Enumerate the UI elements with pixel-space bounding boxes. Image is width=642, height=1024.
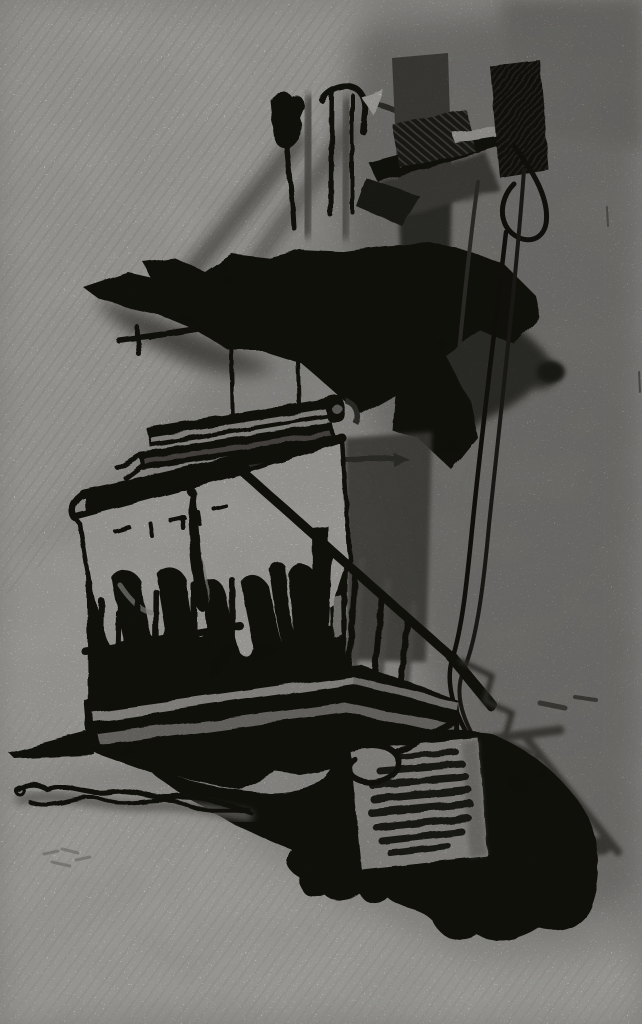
clothespin-2 — [150, 523, 152, 536]
railing-shadow-post-1 — [306, 100, 310, 232]
artwork — [0, 0, 642, 1024]
sheet-bit-2 — [333, 595, 342, 637]
hanger-rod-2 — [297, 317, 299, 404]
clothespin-4 — [198, 512, 200, 524]
baluster-l4 — [155, 592, 156, 708]
railing-shadow-post-2 — [344, 102, 348, 235]
baluster-l2 — [117, 612, 119, 704]
railing-post-1 — [331, 94, 332, 215]
roller-end-cap-inner — [332, 404, 342, 414]
vent-box — [350, 738, 488, 870]
baluster-l3 — [136, 600, 137, 706]
hatched-window-hatch — [490, 60, 549, 178]
awning-shadow-spot — [537, 361, 565, 383]
edge-tick-1 — [607, 207, 608, 226]
edge-tick-2 — [639, 372, 640, 392]
cross-rod-upright — [137, 327, 139, 354]
etching-print — [0, 0, 642, 1024]
hatched-window — [490, 60, 549, 178]
